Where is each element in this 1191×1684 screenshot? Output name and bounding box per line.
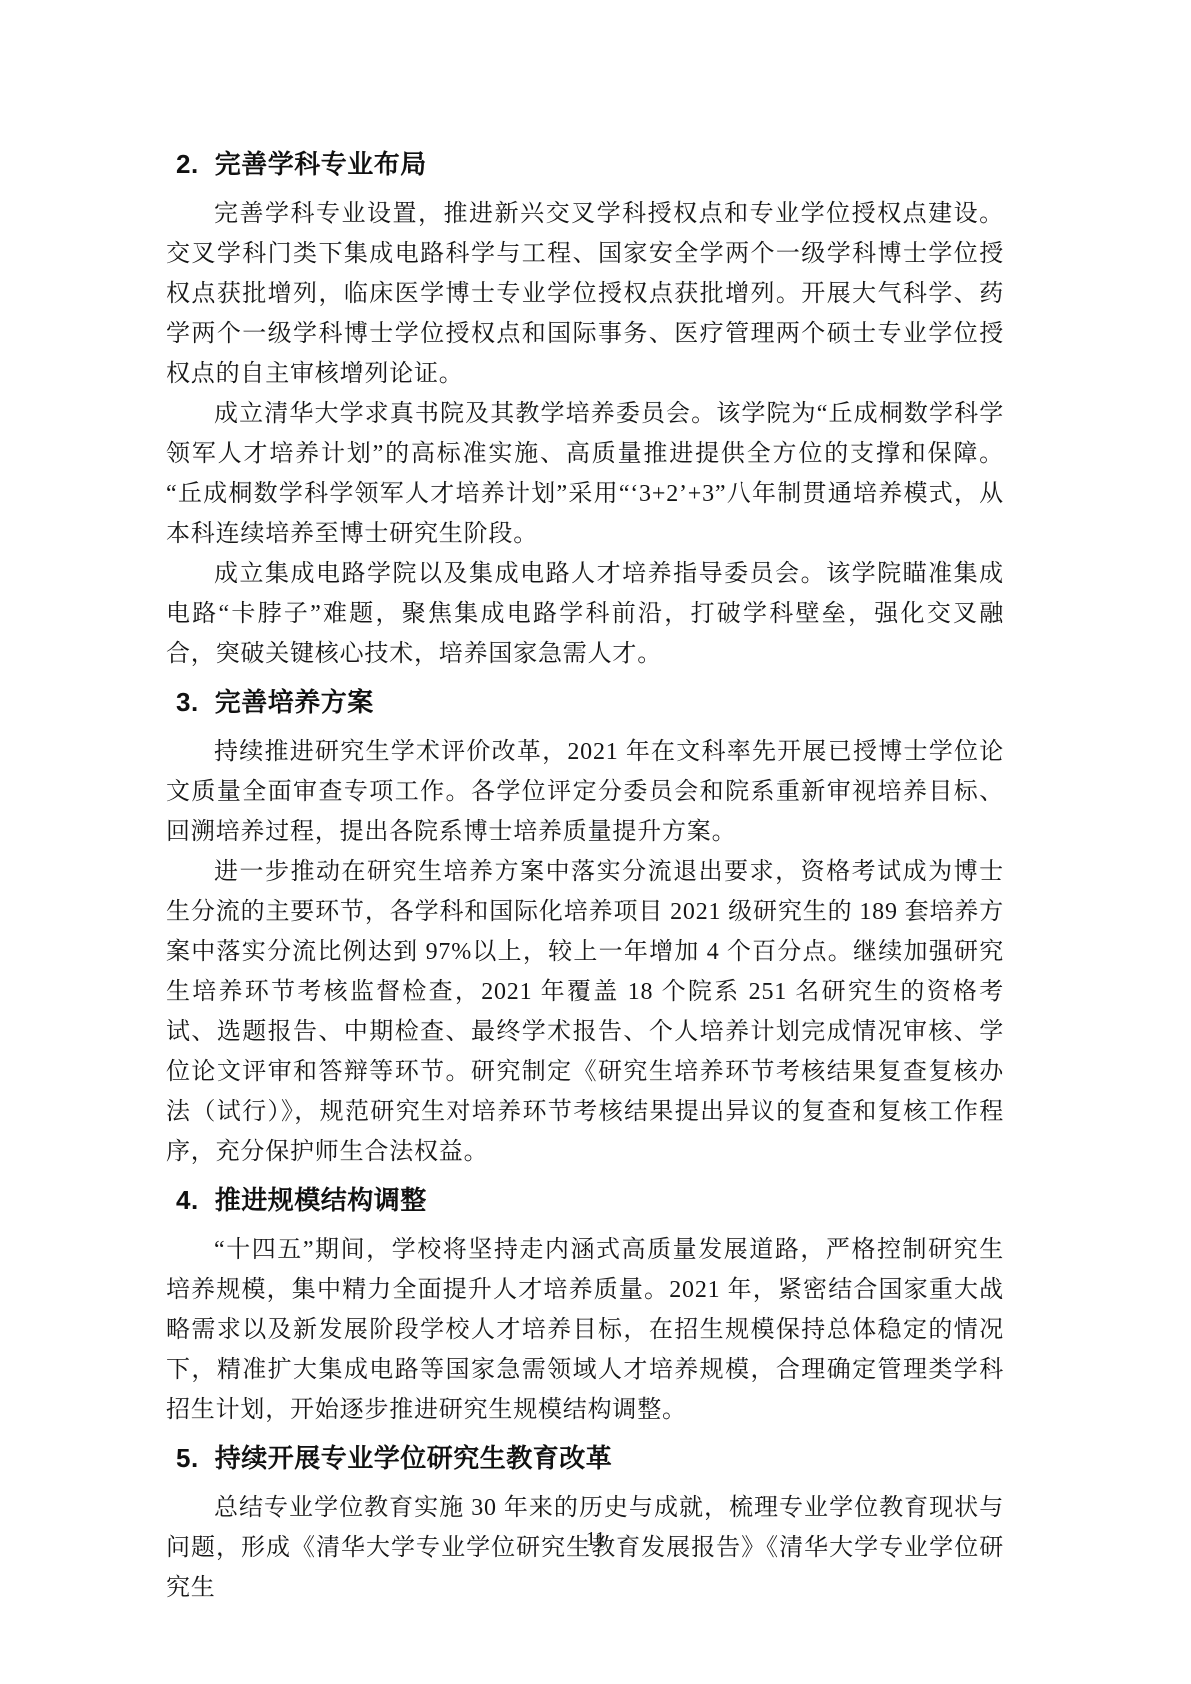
section-5-number: 5.: [176, 1438, 199, 1478]
section-3-title: 完善培养方案: [215, 687, 374, 717]
paragraph: 完善学科专业设置，推进新兴交叉学科授权点和专业学位授权点建设。交叉学科门类下集成…: [166, 194, 1004, 394]
section-3-number: 3.: [176, 682, 199, 722]
section-3-heading: 3.完善培养方案: [166, 682, 1004, 722]
section-2-title: 完善学科专业布局: [215, 149, 427, 179]
section-4-title: 推进规模结构调整: [215, 1185, 427, 1215]
section-2: 2.完善学科专业布局 完善学科专业设置，推进新兴交叉学科授权点和专业学位授权点建…: [166, 144, 1004, 674]
section-5-title: 持续开展专业学位研究生教育改革: [215, 1443, 613, 1473]
section-5-heading: 5.持续开展专业学位研究生教育改革: [166, 1438, 1004, 1478]
section-3: 3.完善培养方案 持续推进研究生学术评价改革，2021 年在文科率先开展已授博士…: [166, 682, 1004, 1172]
page-number: 11: [0, 1528, 1191, 1551]
paragraph: 持续推进研究生学术评价改革，2021 年在文科率先开展已授博士学位论文质量全面审…: [166, 732, 1004, 852]
section-4-heading: 4.推进规模结构调整: [166, 1180, 1004, 1220]
paragraph: 进一步推动在研究生培养方案中落实分流退出要求，资格考试成为博士生分流的主要环节，…: [166, 852, 1004, 1172]
paragraph: 成立清华大学求真书院及其教学培养委员会。该学院为“丘成桐数学科学领军人才培养计划…: [166, 394, 1004, 554]
document-content: 2.完善学科专业布局 完善学科专业设置，推进新兴交叉学科授权点和专业学位授权点建…: [166, 136, 1004, 1608]
section-4-number: 4.: [176, 1180, 199, 1220]
section-4: 4.推进规模结构调整 “十四五”期间，学校将坚持走内涵式高质量发展道路，严格控制…: [166, 1180, 1004, 1430]
section-2-number: 2.: [176, 144, 199, 184]
document-page: 2.完善学科专业布局 完善学科专业设置，推进新兴交叉学科授权点和专业学位授权点建…: [0, 0, 1191, 1684]
paragraph: 成立集成电路学院以及集成电路人才培养指导委员会。该学院瞄准集成电路“卡脖子”难题…: [166, 554, 1004, 674]
section-5: 5.持续开展专业学位研究生教育改革 总结专业学位教育实施 30 年来的历史与成就…: [166, 1438, 1004, 1608]
paragraph: “十四五”期间，学校将坚持走内涵式高质量发展道路，严格控制研究生培养规模，集中精…: [166, 1230, 1004, 1430]
section-2-heading: 2.完善学科专业布局: [166, 144, 1004, 184]
